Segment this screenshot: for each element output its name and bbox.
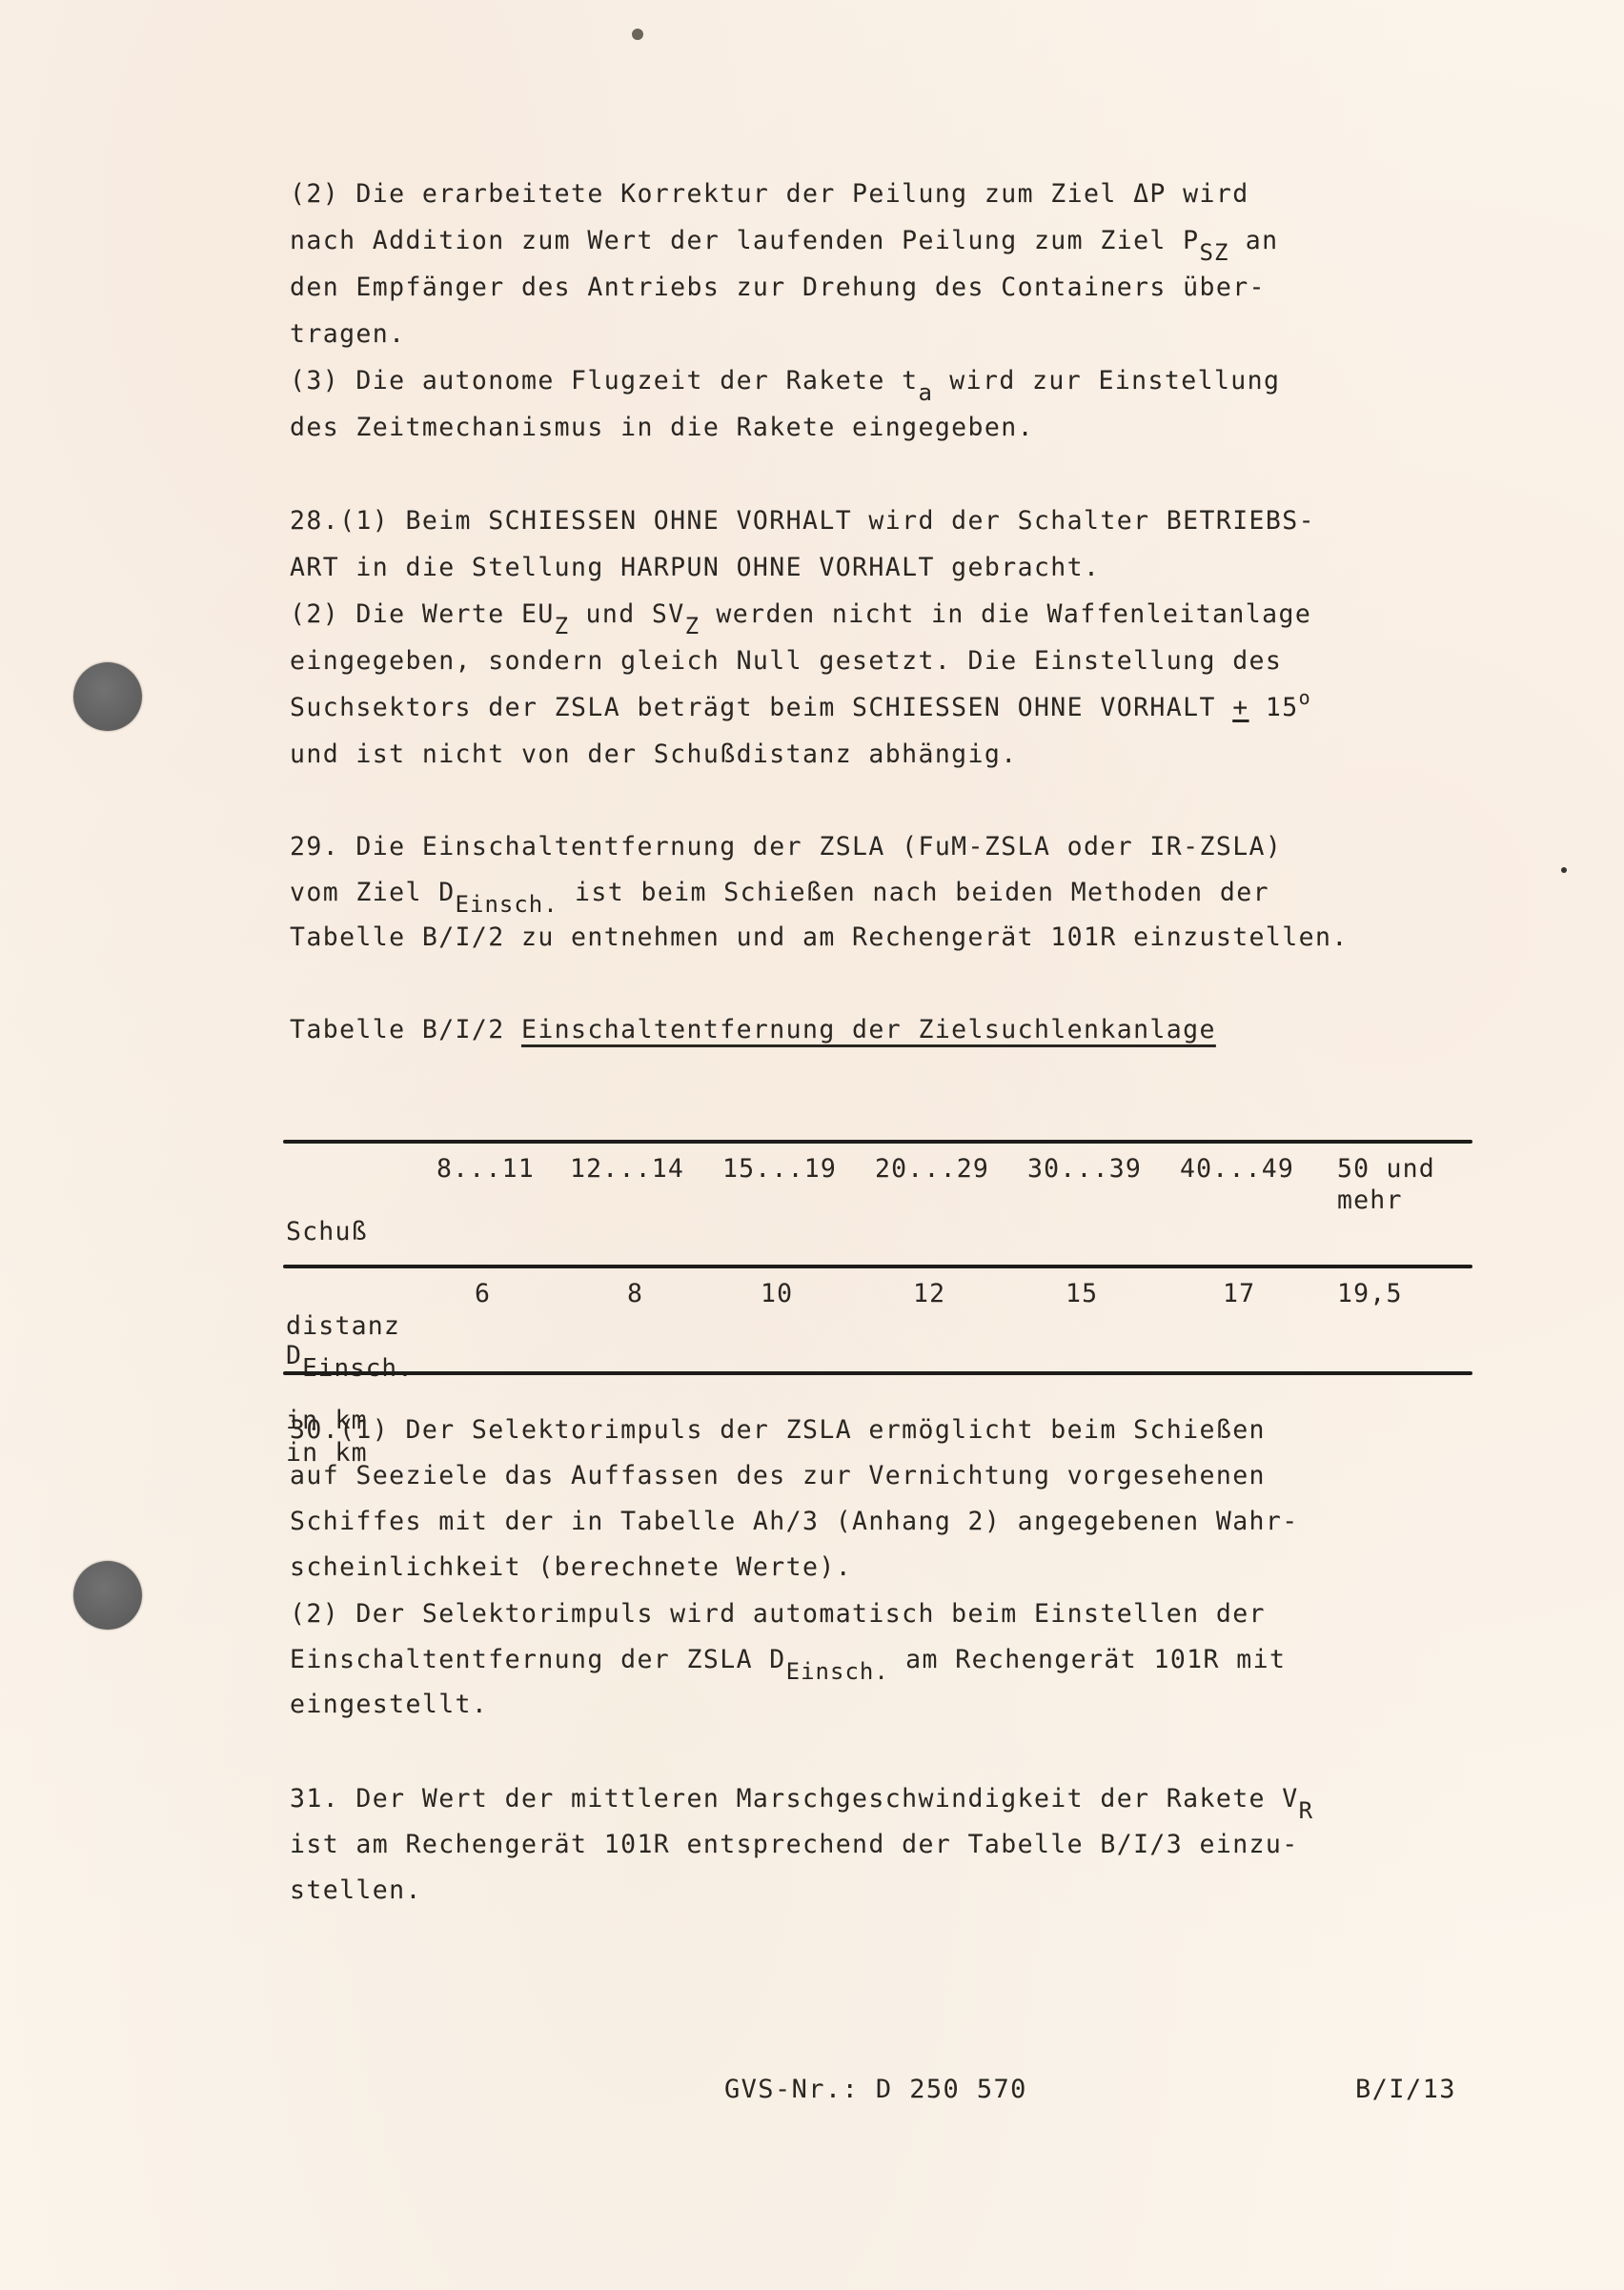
table-cell-d-einsch-value: 10 xyxy=(761,1278,793,1309)
table-row-header-d-einsch: DEinsch. in km xyxy=(286,1277,414,1531)
punch-hole-top xyxy=(73,662,142,731)
p28-2-line-4: und ist nicht von der Schußdistanz abhän… xyxy=(290,740,1018,770)
table-cell-distance-range: 40...49 xyxy=(1180,1153,1294,1216)
table-cell-d-einsch-value: 12 xyxy=(913,1278,945,1309)
table-title: Einschaltentfernung der Zielsuchlenkanla… xyxy=(521,1015,1216,1044)
table-rule-top xyxy=(283,1140,1472,1144)
p30-1-line-2: auf Seeziele das Auffassen des zur Verni… xyxy=(290,1461,1266,1491)
plus-minus-symbol: + xyxy=(1232,693,1248,722)
table-cell-distance-range: 30...39 xyxy=(1027,1153,1142,1216)
document-number: GVS-Nr.: D 250 570 xyxy=(724,2075,1027,2104)
p30-1-line-1: 30.(1) Der Selektorimpuls der ZSLA ermög… xyxy=(290,1415,1266,1446)
table-rule-bottom xyxy=(283,1371,1472,1375)
p27-2-line-4: tragen. xyxy=(290,319,405,350)
p27-2-line-2: nach Addition zum Wert der laufenden Pei… xyxy=(290,226,1278,256)
table-cell-distance-range: 50 undmehr xyxy=(1337,1153,1435,1216)
p28-1-line-1: 28.(1) Beim SCHIESSEN OHNE VORHALT wird … xyxy=(290,506,1315,537)
p27-3-line-1: (3) Die autonome Flugzeit der Rakete ta … xyxy=(290,366,1280,396)
p27-3-line-2: des Zeitmechanismus in die Rakete eingeg… xyxy=(290,413,1034,443)
p30-1-line-3: Schiffes mit der in Tabelle Ah/3 (Anhang… xyxy=(290,1507,1299,1537)
table-cell-distance-range: 15...19 xyxy=(722,1153,837,1216)
table-cell-d-einsch-value: 6 xyxy=(475,1278,491,1309)
p28-1-line-2: ART in die Stellung HARPUN OHNE VORHALT … xyxy=(290,553,1100,583)
p30-2-line-1: (2) Der Selektorimpuls wird automatisch … xyxy=(290,1599,1266,1630)
table-cell-distance-range: 12...14 xyxy=(570,1153,684,1216)
p31-line-3: stellen. xyxy=(290,1875,422,1906)
p28-2-line-1: (2) Die Werte EUZ und SVZ werden nicht i… xyxy=(290,599,1311,630)
table-cell-d-einsch-value: 19,5 xyxy=(1337,1278,1403,1309)
delta-p-symbol: ΔP xyxy=(1133,179,1167,209)
p29-line-2: vom Ziel DEinsch. ist beim Schießen nach… xyxy=(290,878,1269,908)
p28-2-line-3: Suchsektors der ZSLA beträgt beim SCHIES… xyxy=(290,693,1311,724)
p29-line-3: Tabelle B/I/2 zu entnehmen und am Rechen… xyxy=(290,922,1349,953)
p30-2-line-2: Einschaltentfernung der ZSLA DEinsch. am… xyxy=(290,1645,1286,1675)
p31-line-2: ist am Rechengerät 101R entsprechend der… xyxy=(290,1830,1299,1860)
p27-2-line-1: (2) Die erarbeitete Korrektur der Peilun… xyxy=(290,179,1249,210)
p29-line-1: 29. Die Einschaltentfernung der ZSLA (Fu… xyxy=(290,832,1282,862)
p31-line-1: 31. Der Wert der mittleren Marschgeschwi… xyxy=(290,1784,1313,1814)
table-caption: Tabelle B/I/2 Einschaltentfernung der Zi… xyxy=(290,1015,1216,1045)
table-cell-distance-range: 20...29 xyxy=(875,1153,989,1216)
table-rule-middle xyxy=(283,1265,1472,1268)
p30-2-line-3: eingestellt. xyxy=(290,1690,488,1720)
degree-symbol: o xyxy=(1299,686,1311,709)
table-cell-d-einsch-value: 8 xyxy=(627,1278,643,1309)
p28-2-line-2: eingegeben, sondern gleich Null gesetzt.… xyxy=(290,646,1282,677)
p27-2-line-3: den Empfänger des Antriebs zur Drehung d… xyxy=(290,273,1266,303)
punch-hole-bottom xyxy=(73,1561,142,1630)
paper-speck xyxy=(1561,867,1567,873)
page-number: B/I/13 xyxy=(1355,2075,1456,2104)
paper-speck xyxy=(632,29,643,40)
table-cell-d-einsch-value: 17 xyxy=(1223,1278,1255,1309)
table-cell-distance-range: 8...11 xyxy=(436,1153,535,1216)
table-cell-d-einsch-value: 15 xyxy=(1066,1278,1098,1309)
p30-1-line-4: scheinlichkeit (berechnete Werte). xyxy=(290,1552,852,1583)
